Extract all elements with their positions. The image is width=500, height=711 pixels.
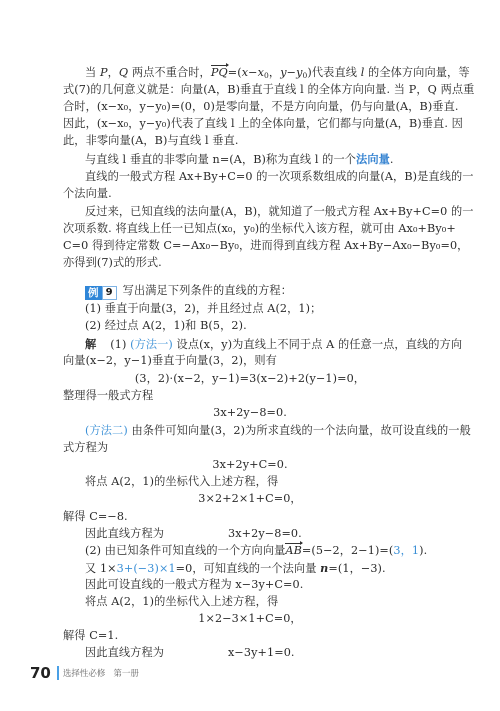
highlight-1: 1	[168, 562, 175, 575]
solution-line1: 解(1) (方法一) 设点(x，y)为直线上不同于点 A 的任意一点，直线的方向	[63, 337, 459, 352]
equation-3: 3x+2y+C=0.	[63, 458, 437, 472]
method2-label: (方法二)	[85, 424, 128, 437]
text: +(−3)×	[124, 562, 169, 575]
text: )代表直线	[307, 66, 360, 79]
result1-equation: 3x+2y−8=0.	[228, 527, 302, 540]
text: 当	[85, 66, 100, 79]
text: ，	[269, 66, 280, 79]
text: 又 1×	[85, 562, 117, 575]
text: =0，可知直线的一个法向量	[176, 562, 321, 575]
para4-line2: 次项系数. 将直线上任一已知点(x₀，y₀)的坐标代入该方程，就可由 Ax₀+B…	[63, 222, 437, 236]
text: =(1，−3).	[328, 562, 385, 575]
condition-1: (1) 垂直于向量(3，2)，并且经过点 A(2，1)；	[63, 302, 459, 316]
text: −	[248, 66, 257, 79]
text: 由条件可知向量(3，2)为所求直线的一个法向量，故可设直线的一般	[128, 424, 471, 437]
highlight-3: 3	[117, 562, 124, 575]
page-footer: 70 选择性必修 第一册	[30, 665, 139, 681]
result-2: 因此直线方程为x−3y+1=0.	[63, 646, 459, 660]
part2-line1: (2) 由已知条件可知直线的一个方向向量AB=(5−2，2−1)=(3，1).	[63, 544, 459, 558]
text: .	[390, 153, 394, 166]
var-p: P	[100, 66, 108, 79]
para1-line2: 式(7)的几何意义就是：向量(A，B)垂直于直线 l 的全体方向向量. 当 P，…	[63, 83, 437, 97]
para1-line1: 当 P，Q 两点不重合时，PQ=(x−x0，y−y0)代表直线 l 的全体方向向…	[63, 66, 459, 83]
highlight-3: 3	[393, 544, 400, 557]
definition-line: 与直线 l 垂直的非零向量 n=(A，B)称为直线 l 的一个法向量.	[63, 152, 459, 167]
text: 因此直线方程为	[85, 646, 164, 659]
solution-line2: 向量(x−2，y−1)垂直于向量(3，2)，则有	[63, 354, 437, 368]
example-badge-label: 例	[85, 286, 102, 300]
para4-line3: C=0 得到待定常数 C=−Ax₀−By₀，进而得到直线方程 Ax+By−Ax₀…	[63, 239, 437, 253]
substitute-2: 将点 A(2，1)的坐标代入上述方程，得	[63, 595, 459, 609]
part2-line2: 又 1×3+(−3)×1=0，可知直线的一个法向量 n=(1，−3).	[63, 561, 459, 576]
equation-2: 3x+2y−8=0.	[63, 406, 437, 420]
text: (2) 由已知条件可知直线的一个方向向量	[85, 544, 285, 557]
book-volume: 第一册	[113, 667, 139, 679]
solve-2: 解得 C=1.	[63, 629, 437, 643]
para1-line5: 此，非零向量(A，B)与直线 l 垂直.	[63, 134, 437, 148]
para3-line1: 直线的一般式方程 Ax+By+C=0 的一次项系数组成的向量(A，B)是直线的一	[63, 170, 459, 184]
text: ，	[401, 544, 412, 557]
example-header: 例9写出满足下列条件的直线的方程：	[63, 284, 459, 300]
solution-label: 解	[85, 337, 96, 351]
arrange-text: 整理得一般式方程	[63, 389, 437, 403]
example-title: 写出满足下列条件的直线的方程：	[123, 284, 292, 297]
example-badge-number: 9	[102, 286, 117, 300]
example-badge: 例9	[85, 286, 117, 300]
method1-label: (方法一)	[130, 338, 173, 351]
text: ，	[108, 66, 119, 79]
footer-divider	[57, 666, 59, 680]
method2-line1: (方法二) 由条件可知向量(3，2)为所求直线的一个法向量，故可设直线的一般	[63, 424, 459, 438]
var-q: Q	[119, 66, 128, 79]
result2-equation: x−3y+1=0.	[228, 646, 295, 659]
book-title: 选择性必修	[63, 667, 106, 679]
para1-line4: 因此，(x−x₀，y−y₀)代表了直线 l 上的全体向量，它们都与向量(A，B)…	[63, 117, 437, 131]
page-number: 70	[30, 664, 51, 682]
textbook-page: 当 P，Q 两点不重合时，PQ=(x−x0，y−y0)代表直线 l 的全体方向向…	[0, 0, 500, 711]
equation-5: 1×2−3×1+C=0，	[63, 612, 437, 626]
text: 与直线 l 垂直的非零向量 n=(A，B)称为直线 l 的一个	[85, 153, 356, 166]
vector-ab: AB	[285, 544, 302, 558]
text: 设点(x，y)为直线上不同于点 A 的任意一点，直线的方向	[173, 338, 462, 351]
solve-1: 解得 C=−8.	[63, 510, 437, 524]
text: (1)	[110, 338, 130, 351]
para4-line4: 亦得到(7)式的形式.	[63, 256, 437, 270]
para4-line1: 反过来，已知直线的法向量(A，B)，就知道了一般式方程 Ax+By+C=0 的一	[63, 205, 459, 219]
substitute-1: 将点 A(2，1)的坐标代入上述方程，得	[63, 475, 459, 489]
general-2: 因此可设直线的一般式方程为 x−3y+C=0.	[63, 578, 459, 592]
text: =(5−2，2−1)=(	[302, 544, 393, 557]
term-normal-vector: 法向量	[356, 152, 390, 166]
text: ).	[419, 544, 427, 557]
para3-line2: 个法向量.	[63, 187, 437, 201]
vector-pq: PQ	[211, 66, 228, 80]
text: 因此直线方程为	[85, 527, 164, 540]
equation-4: 3×2+2×1+C=0，	[63, 492, 437, 506]
condition-2: (2) 经过点 A(2，1)和 B(5，2).	[63, 319, 459, 333]
para1-line3: 合时，(x−x₀，y−y₀)=(0，0)是零向量，不是方向向量，仍与向量(A，B…	[63, 100, 437, 114]
text: =(	[228, 66, 242, 79]
text: −	[287, 66, 296, 79]
equation-1: (3，2)·(x−2，y−1)=3(x−2)+2(y−1)=0，	[63, 372, 437, 386]
result-1: 因此直线方程为3x+2y−8=0.	[63, 527, 459, 541]
text: 的全体方向向量，等	[364, 66, 469, 79]
method2-line2: 式方程为	[63, 441, 437, 455]
text: 两点不重合时，	[128, 66, 211, 79]
